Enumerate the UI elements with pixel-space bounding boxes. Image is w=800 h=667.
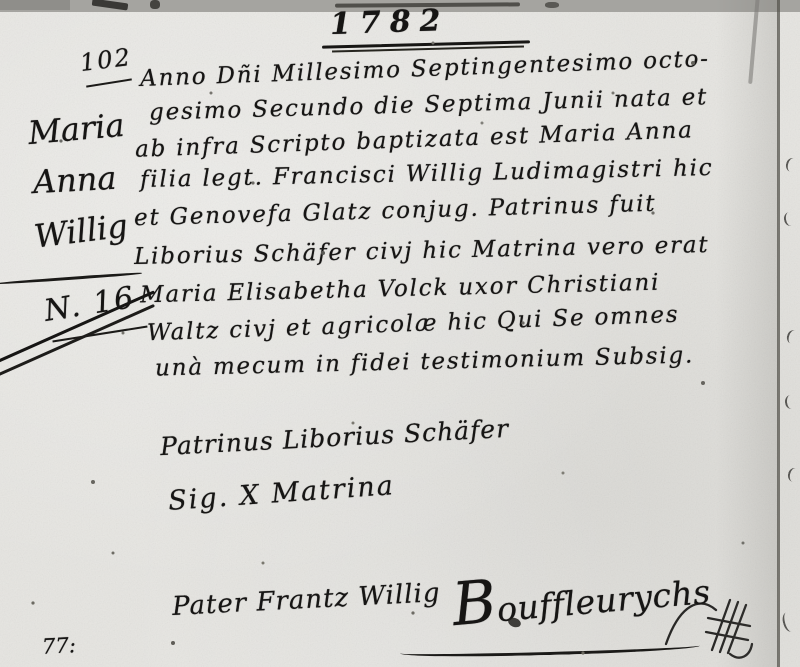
scan-speckles: [0, 0, 2, 2]
page-number: 102: [78, 43, 133, 77]
record-line: Anno Dñi Millesimo Septingentesimo octo-: [140, 46, 710, 92]
scan-edge-smudge: [545, 2, 559, 8]
scan-edge-smudge: [0, 0, 70, 10]
father-signature-line: Pater Frantz Willig: [171, 578, 441, 622]
page-fold-shadow: [716, 0, 778, 667]
adjacent-page-fragment: [780, 611, 797, 634]
signature-flourish-underline: [400, 640, 700, 659]
adjacent-page-fragment: [784, 394, 797, 409]
page-number-underline: [86, 78, 132, 87]
adjacent-page-fragment: [784, 157, 799, 173]
margin-name-line: Maria: [27, 106, 126, 152]
margin-name-line: Anna: [32, 159, 117, 201]
scan-edge-smudge: [150, 0, 160, 9]
page-fold-line: [777, 0, 780, 667]
margin-name-line: Willig: [32, 206, 130, 255]
record-line: unà mecum in fidei testimonium Subsig.: [155, 342, 695, 381]
godmother-mark-line: Sig. X Matrina: [167, 470, 396, 517]
record-line: et Genovefa Glatz conjug. Patrinus fuit: [134, 191, 657, 232]
godfather-signature-line: Patrinus Liborius Schäfer: [159, 414, 509, 461]
record-line: Maria Elisabetha Volck uxor Christiani: [140, 270, 661, 309]
scan-edge-smudge: [92, 0, 129, 10]
adjacent-page-fragment: [785, 328, 800, 345]
footer-margin-mark: 77:: [41, 633, 76, 659]
record-line: Liborius Schäfer civj hic Matrina vero e…: [134, 232, 710, 270]
record-line: Waltz civj et agricolæ hic Qui Se omnes: [147, 302, 680, 347]
record-line: ab infra Scripto baptizata est Maria Ann…: [135, 117, 694, 162]
adjacent-page-fragment: [787, 467, 800, 483]
manuscript-scan-page: 102 1782 Maria Anna Willig N. 16 Anno Dñ…: [0, 0, 800, 667]
year-heading: 1782: [329, 3, 450, 42]
record-line: filia legt. Francisci Willig Ludimagistr…: [140, 155, 714, 193]
adjacent-page-fragment: [783, 211, 797, 227]
